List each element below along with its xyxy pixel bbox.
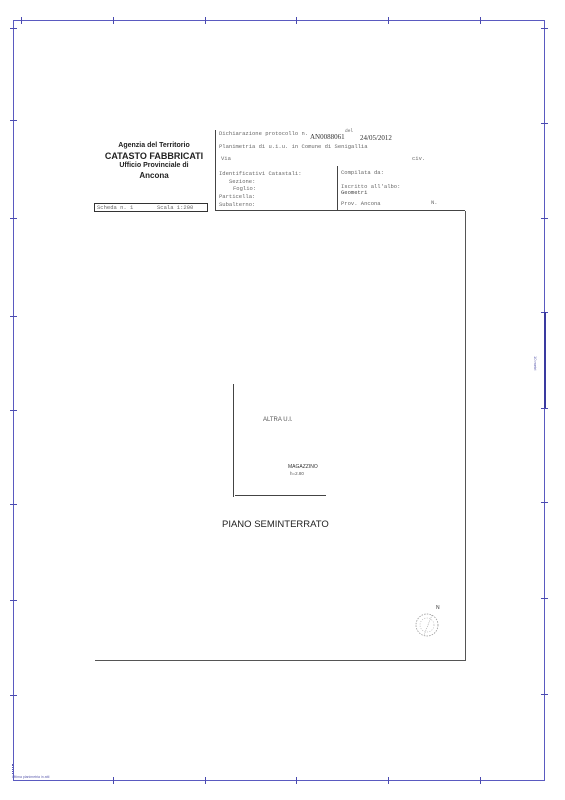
header-box-left (215, 130, 216, 210)
frame-tick (296, 17, 297, 24)
frame-tick (388, 777, 389, 784)
header-box-bottom (215, 210, 465, 211)
scale-bar-label: 10 metri (533, 356, 538, 370)
plan-wall-vertical (233, 384, 234, 497)
agency-name: Agenzia del Territorio (96, 142, 212, 149)
frame-tick (541, 28, 548, 29)
frame-tick (10, 600, 17, 601)
frame-tick (296, 777, 297, 784)
frame-tick (205, 17, 206, 24)
frame-tick (10, 695, 17, 696)
header-box-divider (337, 166, 338, 210)
foglio-label: Foglio: (233, 185, 256, 192)
frame-tick (10, 28, 17, 29)
protocol-date: 24/05/2012 (360, 134, 392, 142)
frame-tick (10, 316, 17, 317)
frame-tick (480, 777, 481, 784)
dichiarazione-label: Dichiarazione protocollo n. (219, 130, 308, 137)
iscritto-value: Geometri (341, 189, 367, 196)
frame-tick (541, 598, 548, 599)
scale-bar (544, 312, 546, 408)
scala: Scala 1:200 (157, 204, 193, 211)
frame-tick (21, 17, 22, 24)
subalterno-label: Subalterno: (219, 201, 255, 208)
prov-label: Prov. Ancona (341, 200, 381, 207)
frame-tick (10, 504, 17, 505)
label-height: h=2.80 (290, 471, 304, 476)
n-label: N. (431, 199, 438, 206)
floor-title: PIANO SEMINTERRATO (222, 519, 329, 530)
via-label: Via (221, 155, 231, 162)
civ-label: civ. (412, 155, 425, 162)
scheda-number: Scheda n. 1 (97, 204, 133, 211)
planimetria-label: Planimetria di u.i.u. in Comune di Senig… (219, 143, 368, 150)
frame-tick (541, 123, 548, 124)
protocol-number: AN0088061 (310, 133, 345, 141)
frame-tick (113, 17, 114, 24)
particella-label: Particella: (219, 193, 255, 200)
frame-tick (480, 17, 481, 24)
label-altra-ui: ALTRA U.I. (263, 417, 293, 423)
frame-tick (541, 694, 548, 695)
identificativi-label: Identificativi Catastali: (219, 170, 302, 177)
footer-marks (12, 764, 16, 774)
frame-tick (10, 410, 17, 411)
frame-tick (388, 17, 389, 24)
del-label: del (345, 129, 353, 134)
footer-note: Ultima planimetria in atti (12, 775, 49, 779)
compilata-label: Compilata da: (341, 169, 384, 176)
plan-wall-horizontal (235, 495, 326, 496)
north-label: N (436, 605, 440, 611)
frame-tick (541, 502, 548, 503)
drawing-area-right (465, 211, 466, 661)
frame-tick (205, 777, 206, 784)
frame-tick (10, 120, 17, 121)
label-magazzino: MAGAZZINO (288, 464, 318, 470)
sezione-label: Sezione: (229, 178, 255, 185)
catasto-title: CATASTO FABBRICATI (96, 151, 212, 161)
city-name: Ancona (96, 171, 212, 180)
frame-tick (541, 218, 548, 219)
frame-tick (113, 777, 114, 784)
ufficio-label: Ufficio Provinciale di (96, 162, 212, 169)
frame-tick (541, 408, 548, 409)
header-agency-block: Agenzia del Territorio CATASTO FABBRICAT… (96, 142, 212, 180)
north-arrow-icon (412, 606, 444, 640)
drawing-area-bottom (95, 660, 466, 661)
frame-tick (10, 218, 17, 219)
